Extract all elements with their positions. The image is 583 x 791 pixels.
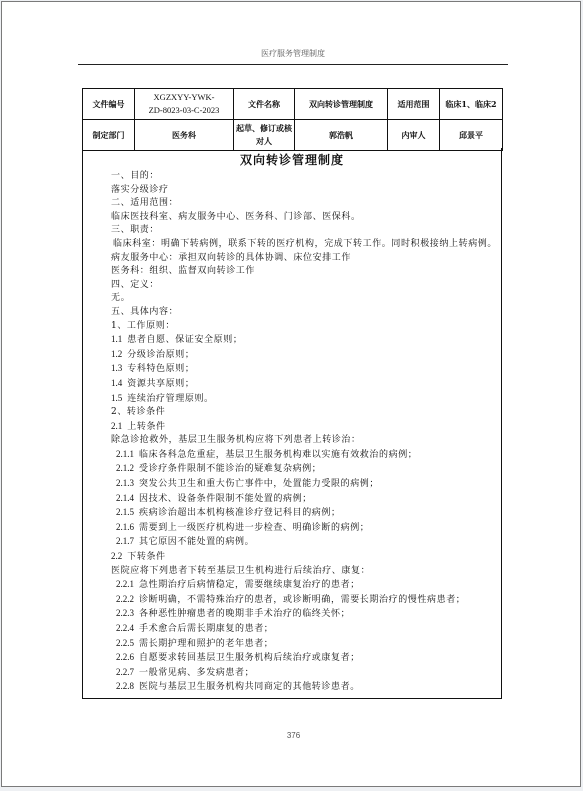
- document-line: 1.5连续治疗管理原则。: [83, 392, 501, 407]
- doc-name-label: 文件名称: [234, 89, 295, 120]
- clause-number: 2.1: [111, 421, 122, 431]
- clause-text: 自愿要求转回基层卫生服务机构后续治疗或康复者；: [139, 653, 360, 663]
- document-line: 1.1患者自愿、保证安全原则；: [83, 333, 501, 348]
- clause-number: 2.2.6: [116, 652, 134, 662]
- clause-text: 各种恶性肿瘤患者的晚期非手术治疗的临终关怀；: [139, 609, 350, 619]
- document-line: 2.2.2诊断明确，不需特殊治疗的患者，或诊断明确，需要长期治疗的慢性病患者；: [83, 593, 501, 608]
- clause-text: 1、工作原则：: [111, 321, 175, 331]
- reviewer-value: 邱景平: [440, 120, 503, 151]
- document-line: 1.4资源共享原则；: [83, 377, 501, 392]
- clause-text: 二、适用范围：: [111, 198, 178, 208]
- clause-number: 2.2.7: [116, 667, 134, 677]
- document-line: 2.2.7一般常见病、多发病患者；: [83, 666, 501, 681]
- document-line: 2.2.6自愿要求转回基层卫生服务机构后续治疗或康复者；: [83, 651, 501, 666]
- document-line: 2.1.2受诊疗条件限制不能诊治的疑难复杂病例；: [83, 462, 501, 477]
- clause-number: 2.1.7: [116, 536, 134, 546]
- meta-row-1: 文件编号 XGZXYY-YWK- ZD-8023-03-C-2023 文件名称 …: [83, 89, 503, 120]
- clause-number: 1.1: [111, 334, 122, 344]
- document-page: 医疗服务管理制度 文件编号 XGZXYY-YWK- ZD-8023-03-C-2…: [1, 1, 581, 787]
- clause-text: 患者自愿、保证安全原则；: [127, 335, 242, 345]
- clause-number: 2.2.5: [116, 638, 134, 648]
- document-line: 2.1.4因技术、设备条件限制不能处置的病例；: [83, 492, 501, 507]
- doc-no-line-1: XGZXYY-YWK-: [137, 91, 231, 104]
- clause-text: 除急诊抢救外，基层卫生服务机构应将下列患者上转诊治：: [111, 435, 361, 445]
- document-line: 2.2.1急性期治疗后病情稳定，需要继续康复治疗的患者；: [83, 578, 501, 593]
- document-line: 1.3专科特色原则；: [83, 362, 501, 377]
- clause-text: 医务科：组织、监督双向转诊工作: [111, 266, 255, 276]
- clause-text: 分级诊治原则；: [127, 350, 194, 360]
- clause-text: 医院与基层卫生服务机构共同商定的其他转诊患者。: [139, 682, 360, 692]
- clause-text: 需长期护理和照护的老年患者；: [139, 639, 273, 649]
- clause-text: 因技术、设备条件限制不能处置的病例；: [139, 494, 312, 504]
- document-line: 2.2.8医院与基层卫生服务机构共同商定的其他转诊患者。: [83, 680, 501, 695]
- clause-text: 手术愈合后需长期康复的患者；: [139, 624, 273, 634]
- document-lines: 一、目的：落实分级诊疗二、适用范围：临床医技科室、病友服务中心、医务科、门诊部、…: [83, 170, 501, 695]
- clause-text: 2、转诊条件: [111, 407, 165, 417]
- reviewer-label: 内审人: [388, 120, 440, 151]
- clause-text: 临床科室：明确下转病例，联系下转的医疗机构，完成下转工作。同时积极接纳上转病例。: [113, 239, 497, 249]
- clause-text: 急性期治疗后病情稳定，需要继续康复治疗的患者；: [139, 580, 360, 590]
- clause-text: 受诊疗条件限制不能诊治的疑难复杂病例；: [139, 464, 321, 474]
- clause-text: 一、目的：: [111, 171, 159, 181]
- clause-text: 病友服务中心：承担双向转诊的具体协调、床位安排工作: [111, 253, 351, 263]
- document-line: 无。: [83, 292, 501, 306]
- document-line: 2.2下转条件: [83, 550, 501, 565]
- document-line: 三、职责：: [83, 224, 501, 238]
- clause-number: 2.1.6: [116, 522, 134, 532]
- clause-number: 2.2.2: [116, 594, 134, 604]
- document-line: 落实分级诊疗: [83, 184, 501, 198]
- clause-text: 其它原因不能处置的病例。: [139, 537, 254, 547]
- clause-number: 2.2: [111, 551, 122, 561]
- document-meta-table: 文件编号 XGZXYY-YWK- ZD-8023-03-C-2023 文件名称 …: [82, 88, 503, 151]
- document-line: 2.1.7其它原因不能处置的病例。: [83, 535, 501, 550]
- document-line: 二、适用范围：: [83, 197, 501, 211]
- clause-number: 2.1.1: [116, 449, 134, 459]
- document-line: 临床医技科室、病友服务中心、医务科、门诊部、医保科。: [83, 211, 501, 225]
- document-line: 2.1.5疾病诊治超出本机构核准诊疗登记科目的病例；: [83, 506, 501, 521]
- clause-number: 2.2.3: [116, 608, 134, 618]
- document-line: 临床科室：明确下转病例，联系下转的医疗机构，完成下转工作。同时积极接纳上转病例。: [83, 238, 501, 252]
- clause-number: 1.5: [111, 393, 122, 403]
- clause-text: 诊断明确，不需特殊治疗的患者，或诊断明确，需要长期治疗的慢性病患者；: [139, 595, 465, 605]
- clause-text: 突发公共卫生和重大伤亡事件中，处置能力受限的病例；: [139, 479, 379, 489]
- clause-text: 下转条件: [127, 552, 165, 562]
- document-line: 2.2.5需长期护理和照护的老年患者；: [83, 637, 501, 652]
- document-line: 2.1.3突发公共卫生和重大伤亡事件中，处置能力受限的病例；: [83, 477, 501, 492]
- clause-text: 资源共享原则；: [127, 379, 194, 389]
- document-line: 一、目的：: [83, 170, 501, 184]
- clause-number: 1.2: [111, 349, 122, 359]
- document-title: 双向转诊管理制度: [83, 151, 501, 168]
- clause-number: 1.3: [111, 363, 122, 373]
- clause-text: 临床医技科室、病友服务中心、医务科、门诊部、医保科。: [111, 212, 361, 222]
- clause-text: 上转条件: [127, 422, 165, 432]
- document-line: 2、转诊条件: [83, 406, 501, 420]
- clause-number: 1.4: [111, 378, 122, 388]
- clause-number: 2.2.8: [116, 681, 134, 691]
- clause-text: 需要到上一级医疗机构进一步检查、明确诊断的病例；: [139, 523, 369, 533]
- document-line: 2.2.4手术愈合后需长期康复的患者；: [83, 622, 501, 637]
- document-line: 1.2分级诊治原则；: [83, 348, 501, 363]
- document-line: 2.2.3各种恶性肿瘤患者的晚期非手术治疗的临终关怀；: [83, 607, 501, 622]
- meta-row-2: 制定部门 医务科 起草、修订或核对人 郭浩帆 内审人 邱景平: [83, 120, 503, 151]
- clause-text: 五、具体内容：: [111, 307, 178, 317]
- document-body: 双向转诊管理制度 一、目的：落实分级诊疗二、适用范围：临床医技科室、病友服务中心…: [82, 148, 502, 699]
- clause-text: 四、定义：: [111, 280, 159, 290]
- clause-text: 医院应将下列患者下转至基层卫生机构进行后续治疗、康复：: [111, 566, 370, 576]
- clause-text: 临床各科急危重症，基层卫生服务机构难以实施有效救治的病例；: [139, 450, 417, 460]
- document-line: 四、定义：: [83, 279, 501, 293]
- document-line: 2.1.1临床各科急危重症，基层卫生服务机构难以实施有效救治的病例；: [83, 448, 501, 463]
- document-line: 医院应将下列患者下转至基层卫生机构进行后续治疗、康复：: [83, 565, 501, 579]
- clause-number: 2.1.2: [116, 463, 134, 473]
- clause-number: 2.1.3: [116, 478, 134, 488]
- page-number: 376: [2, 731, 583, 740]
- dept-label: 制定部门: [83, 120, 135, 151]
- clause-number: 2.2.4: [116, 623, 134, 633]
- running-header: 医疗服务管理制度: [78, 48, 508, 65]
- clause-text: 三、职责：: [111, 225, 159, 235]
- document-line: 2.1上转条件: [83, 420, 501, 435]
- doc-name-value: 双向转诊管理制度: [295, 89, 388, 120]
- clause-text: 连续治疗管理原则。: [127, 394, 213, 404]
- document-line: 2.1.6需要到上一级医疗机构进一步检查、明确诊断的病例；: [83, 521, 501, 536]
- drafter-label: 起草、修订或核对人: [234, 120, 295, 151]
- document-line: 医务科：组织、监督双向转诊工作: [83, 265, 501, 279]
- doc-no-label: 文件编号: [83, 89, 135, 120]
- clause-text: 无。: [111, 293, 130, 303]
- clause-text: 一般常见病、多发病患者；: [139, 668, 254, 678]
- clause-text: 落实分级诊疗: [111, 185, 169, 195]
- clause-number: 2.2.1: [116, 579, 134, 589]
- document-line: 病友服务中心：承担双向转诊的具体协调、床位安排工作: [83, 252, 501, 266]
- drafter-value: 郭浩帆: [295, 120, 388, 151]
- document-line: 1、工作原则：: [83, 320, 501, 334]
- scope-label: 适用范围: [388, 89, 440, 120]
- clause-number: 2.1.4: [116, 493, 134, 503]
- clause-text: 疾病诊治超出本机构核准诊疗登记科目的病例；: [139, 508, 341, 518]
- clause-text: 专科特色原则；: [127, 364, 194, 374]
- scope-value: 临床1、临床2: [440, 89, 503, 120]
- document-line: 除急诊抢救外，基层卫生服务机构应将下列患者上转诊治：: [83, 434, 501, 448]
- clause-number: 2.1.5: [116, 507, 134, 517]
- doc-no-line-2: ZD-8023-03-C-2023: [137, 104, 231, 117]
- doc-no-value: XGZXYY-YWK- ZD-8023-03-C-2023: [135, 89, 234, 120]
- document-line: 五、具体内容：: [83, 306, 501, 320]
- dept-value: 医务科: [135, 120, 234, 151]
